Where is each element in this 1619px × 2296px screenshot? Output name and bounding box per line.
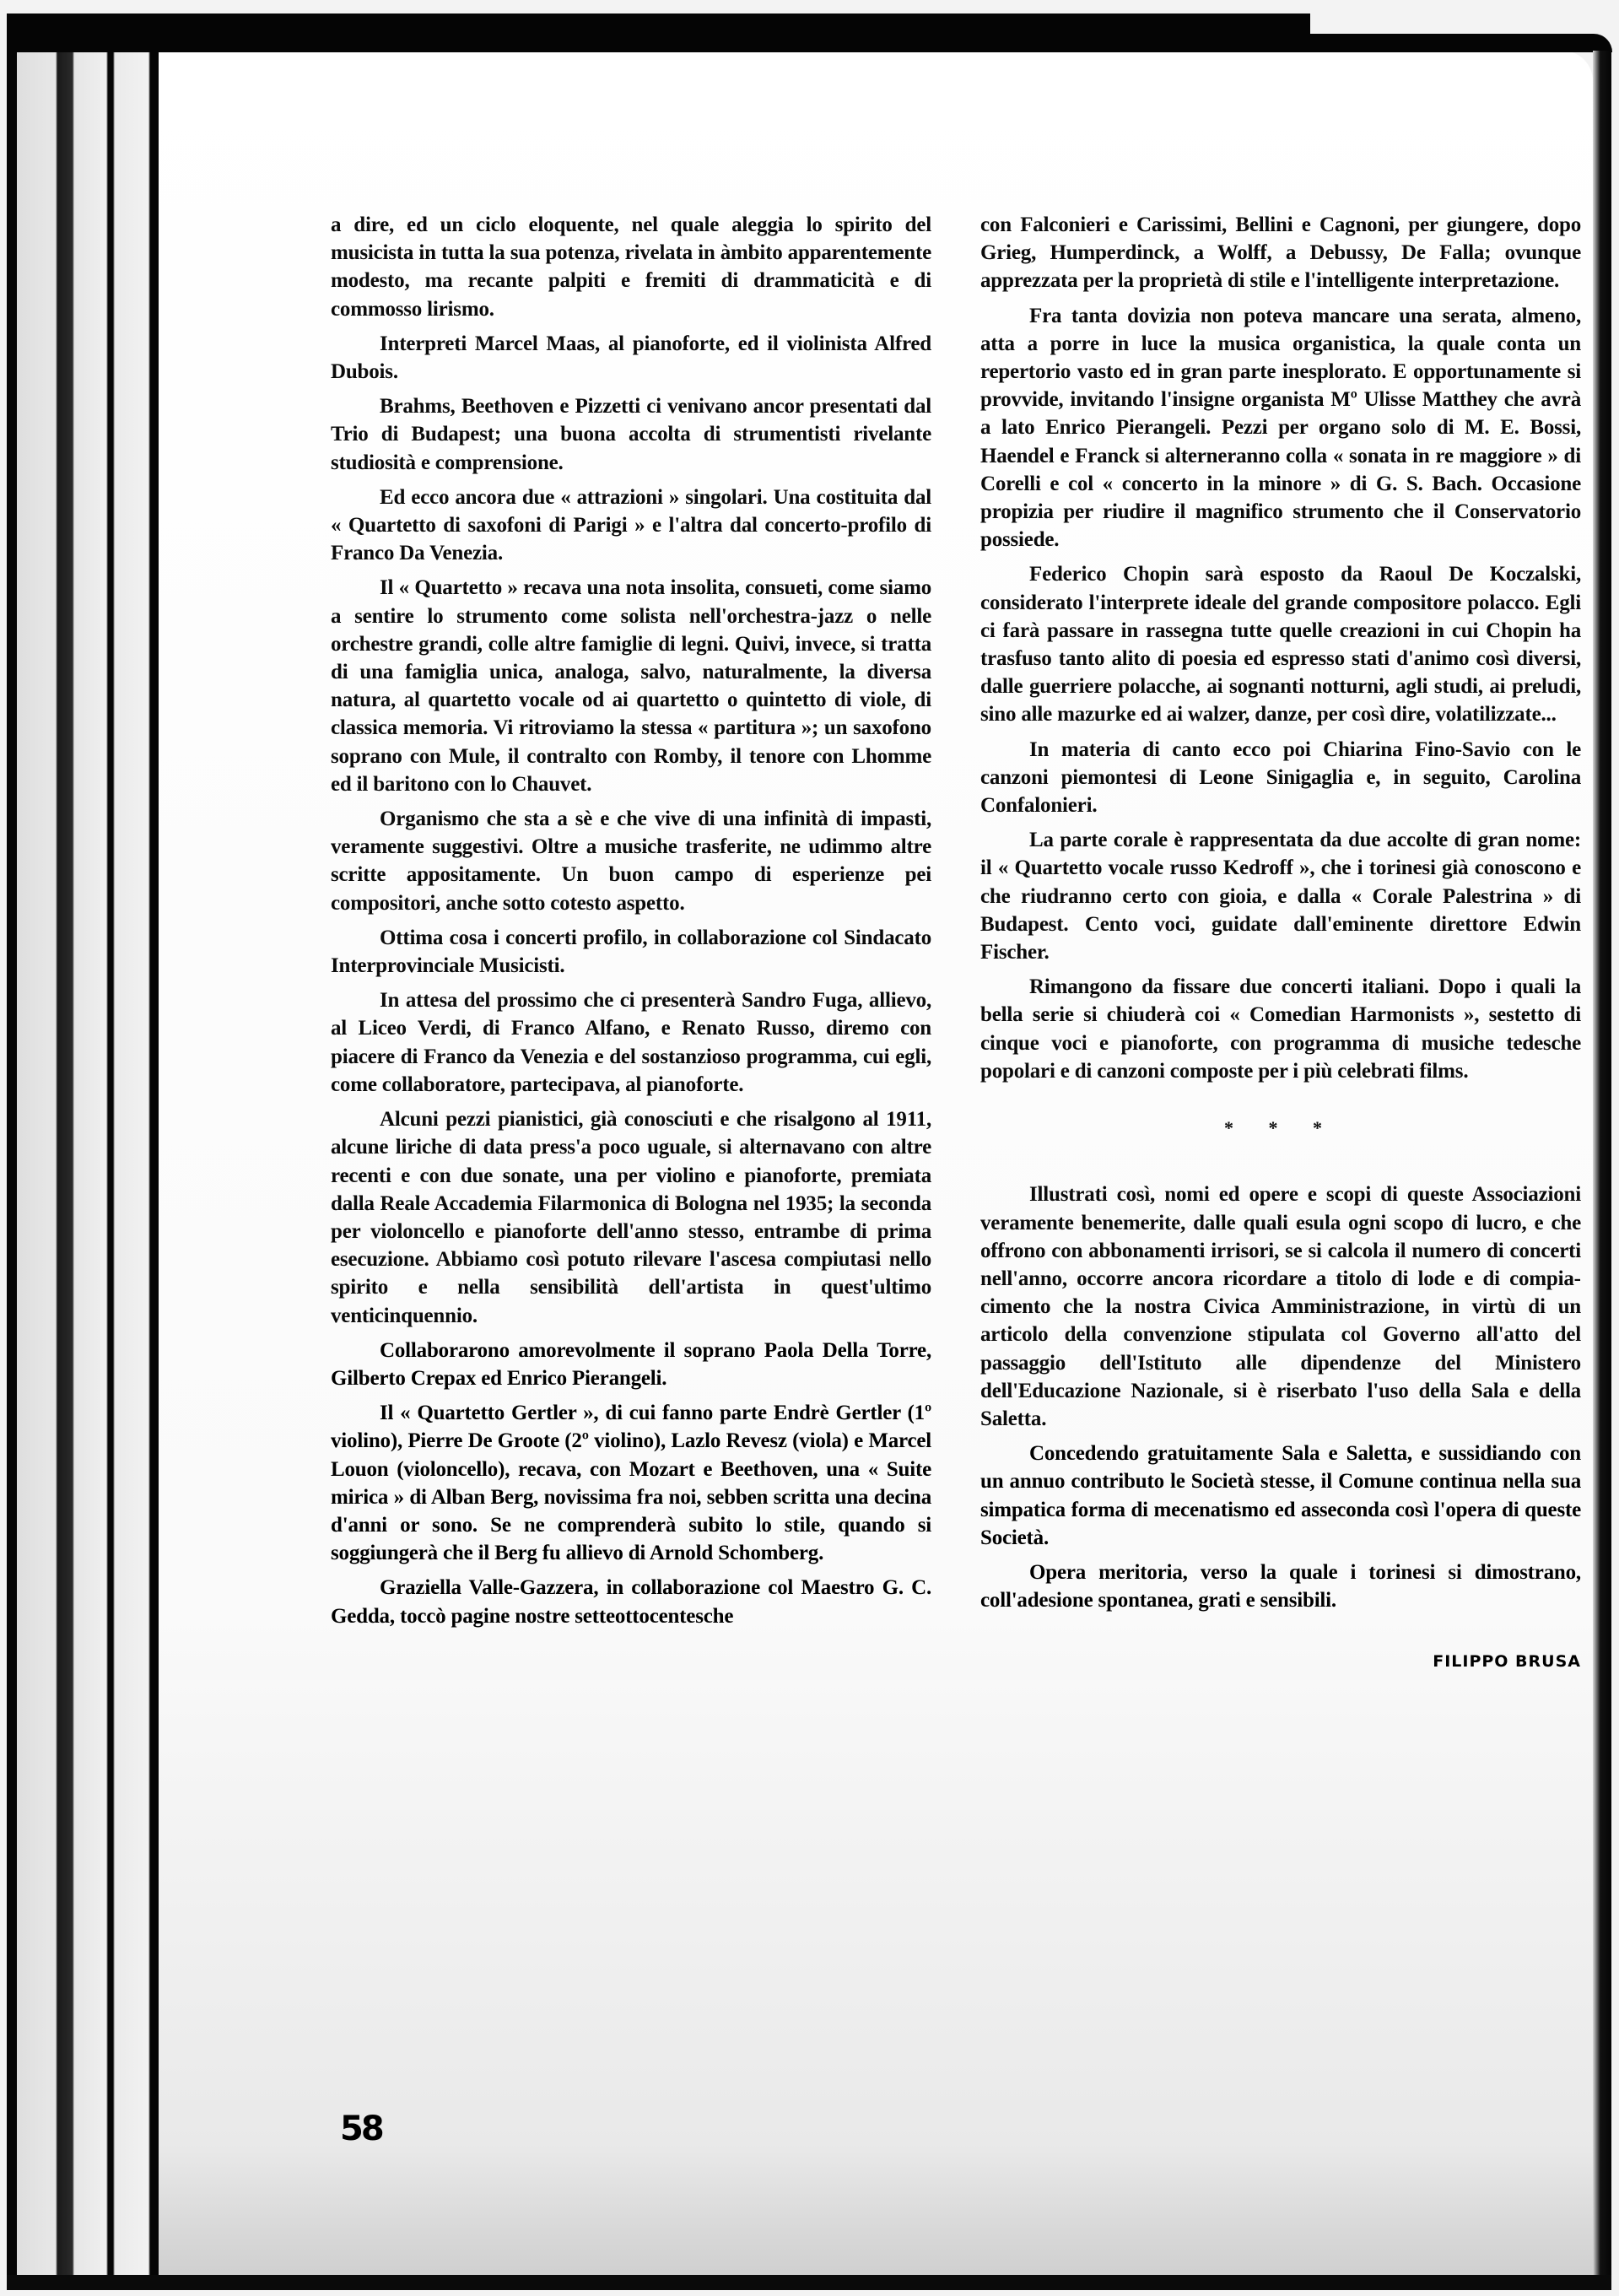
author-signature: FILIPPO BRUSA	[980, 1648, 1581, 1676]
paragraph: a dire, ed un ciclo eloquente, nel quale…	[331, 211, 931, 323]
paragraph: Illustrati così, nomi ed opere e scopi d…	[980, 1180, 1581, 1433]
top-right-scan-border	[1310, 34, 1612, 52]
paragraph: Fra tanta dovizia non poteva mancare una…	[980, 302, 1581, 554]
paragraph: Ed ecco ancora due « attrazioni » singol…	[331, 484, 931, 568]
paragraph: Concedendo gratuitamente Sala e Saletta,…	[980, 1440, 1581, 1552]
paragraph: La parte corale è rappresentata da due a…	[980, 826, 1581, 966]
right-text-column: con Falconieri e Carissimi, Bellini e Ca…	[980, 211, 1581, 1677]
paragraph: Il « Quartetto » recava una nota insolit…	[331, 574, 931, 798]
section-separator-asterisks: * * *	[980, 1114, 1581, 1142]
paragraph: con Falconieri e Carissimi, Bellini e Ca…	[980, 211, 1581, 295]
paragraph: Rimangono da fissare due concerti italia…	[980, 973, 1581, 1085]
paragraph: Brahms, Beethoven e Pizzetti ci venivano…	[331, 392, 931, 477]
right-scan-border	[1593, 51, 1611, 2278]
paragraph: Graziella Valle-Gazzera, in collaborazio…	[331, 1574, 931, 1629]
left-text-column: a dire, ed un ciclo eloquente, nel quale…	[331, 211, 931, 1637]
bottom-scan-border	[7, 2275, 1611, 2290]
paragraph: Organismo che sta a sè e che vive di una…	[331, 805, 931, 917]
paragraph: Alcuni pezzi pianistici, già conosciuti …	[331, 1105, 931, 1330]
paragraph: Collaborarono amorevolmente il soprano P…	[331, 1337, 931, 1392]
paragraph: Ottima cosa i concerti profilo, in colla…	[331, 924, 931, 980]
page-number: 58	[340, 2110, 382, 2148]
top-scan-border	[7, 14, 1310, 52]
book-binding-edge	[7, 51, 159, 2278]
paragraph: Il « Quartetto Gertler », di cui fanno p…	[331, 1399, 931, 1567]
paragraph: In materia di canto ecco poi Chiarina Fi…	[980, 736, 1581, 820]
paragraph: Opera meritoria, verso la quale i torine…	[980, 1559, 1581, 1614]
paragraph: In attesa del prossimo che ci presenterà…	[331, 986, 931, 1099]
paragraph: Federico Chopin sarà esposto da Raoul De…	[980, 560, 1581, 728]
paragraph: Interpreti Marcel Maas, al pianoforte, e…	[331, 330, 931, 386]
